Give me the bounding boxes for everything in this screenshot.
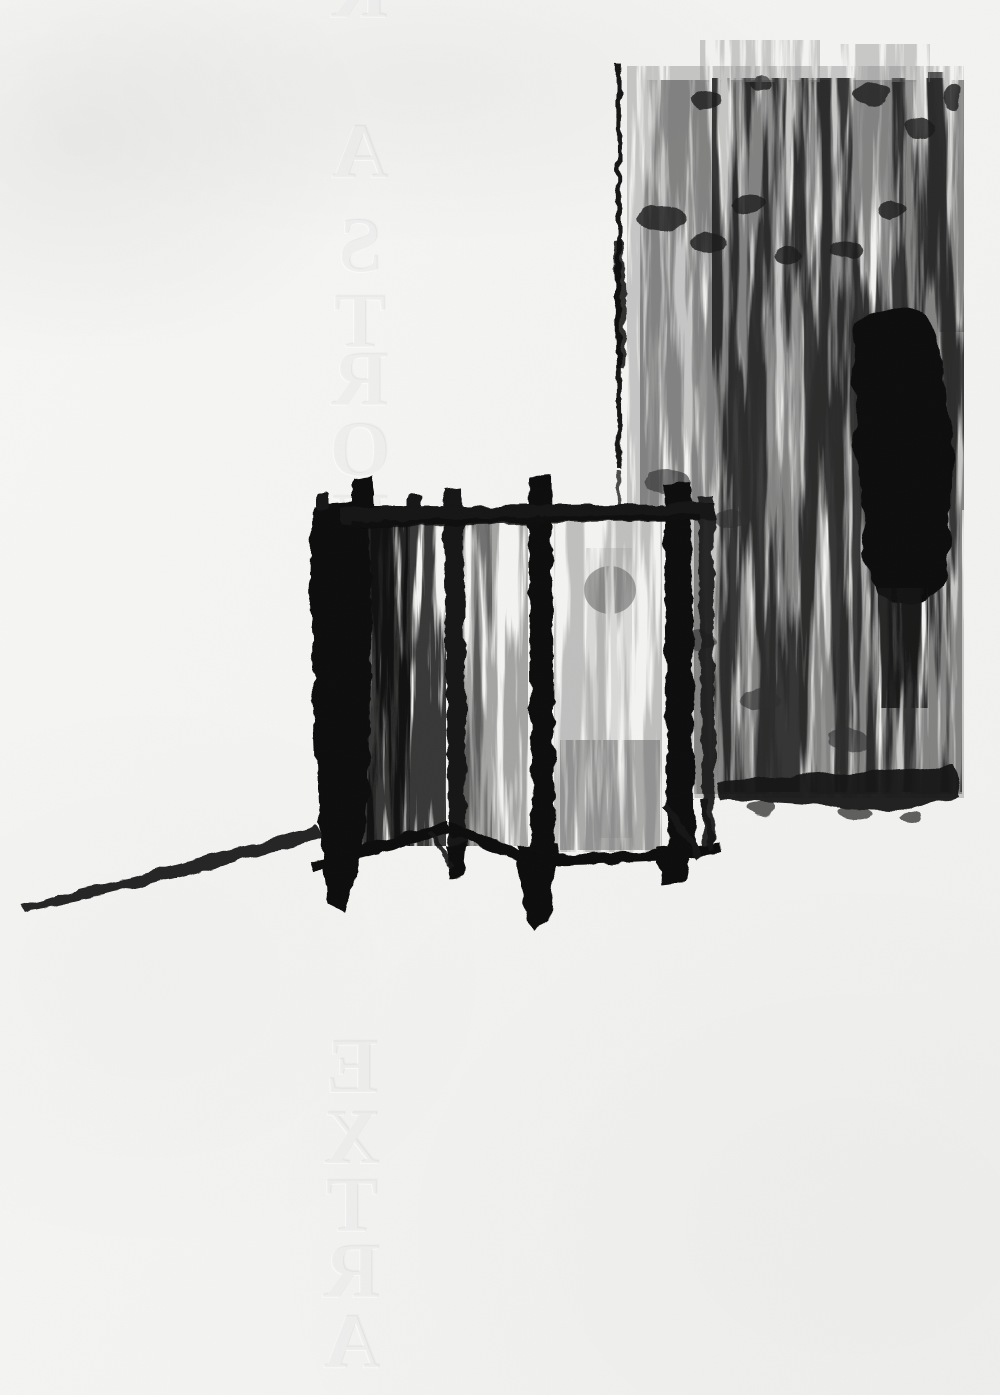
artwork-canvas: RASTRONG EXTRA	[0, 0, 1000, 1395]
artwork-image	[0, 0, 1000, 1395]
paper-grain	[0, 0, 1000, 1395]
